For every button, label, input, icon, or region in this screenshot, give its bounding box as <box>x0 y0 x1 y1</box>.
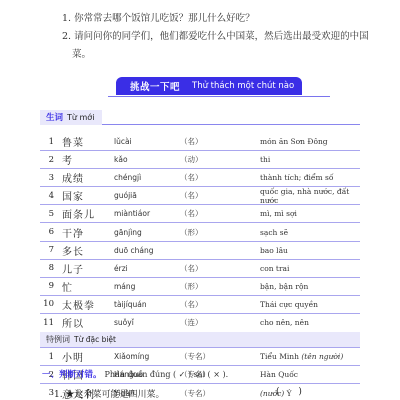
question-2: 2. 请问问你的同学们，他们都爱吃什么中国菜，然后选出最受欢迎的中国菜。 <box>62 28 382 64</box>
vocab-row: 9忙máng（形）bận, bận rộn <box>40 278 360 296</box>
special-words-header: 特例词 Từ đặc biệt <box>40 332 360 348</box>
exercise-heading: 一、判断对错。 <box>42 368 102 380</box>
banner-underline <box>108 96 330 98</box>
vocab-row: 11所以suǒyǐ（连）cho nên, nên <box>40 314 360 332</box>
new-words-header: 生词 Từ mới <box>40 110 360 125</box>
vocab-row: 1鲁菜lǔcài（名）món ăn Sơn Đông <box>40 133 360 151</box>
exercise-instruction: Phán đoán đúng ( ✓ ) sai ( × ). <box>105 370 229 379</box>
new-words-list: 1鲁菜lǔcài（名）món ăn Sơn Đông 2考kǎo（动）thi 3… <box>40 133 360 332</box>
vocab-row: 8儿子érzi（名）con trai <box>40 260 360 278</box>
discussion-questions: 1. 你常常去哪个饭馆儿吃饭？那儿什么好吃？ 2. 请问问你的同学们，他们都爱吃… <box>62 10 382 64</box>
answer-blank[interactable]: ( ) <box>276 387 310 400</box>
challenge-title-vi: Thử thách một chút nào <box>192 81 294 91</box>
exercise-section: 一、判断对错。 Phán đoán đúng ( ✓ ) sai ( × ). … <box>42 368 382 400</box>
challenge-banner: 挑战一下吧 Thử thách một chút nào <box>108 77 318 97</box>
vocab-row: 10太极拳tàijíquán（名）Thái cực quyền <box>40 296 360 314</box>
vocab-row: 6干净gānjìng（形）sạch sẽ <box>40 223 360 241</box>
exercise-item: 1. ★这个菜可能是四川菜。 ( ) <box>42 387 382 400</box>
special-vocab-row: 1小明Xiǎomíng（专名）Tiểu Minh (tên người) <box>40 348 360 366</box>
vocab-row: 5面条儿miàntiáor（名）mì, mì sợi <box>40 205 360 223</box>
vocab-row: 4国家guójiā（名）quốc gia, nhà nước, đất nước <box>40 187 360 205</box>
vocab-row: 2考kǎo（动）thi <box>40 151 360 169</box>
vocabulary-table: 生词 Từ mới 1鲁菜lǔcài（名）món ăn Sơn Đông 2考k… <box>40 110 360 400</box>
vocab-row: 3成绩chéngjì（名）thành tích; điểm số <box>40 169 360 187</box>
vocab-row: 7多长duō chángbao lâu <box>40 242 360 260</box>
question-1: 1. 你常常去哪个饭馆儿吃饭？那儿什么好吃？ <box>62 10 382 28</box>
challenge-title-zh: 挑战一下吧 <box>130 79 180 93</box>
challenge-tab: 挑战一下吧 Thử thách một chút nào <box>116 77 302 95</box>
exercise-title: 一、判断对错。 Phán đoán đúng ( ✓ ) sai ( × ). <box>42 368 382 380</box>
